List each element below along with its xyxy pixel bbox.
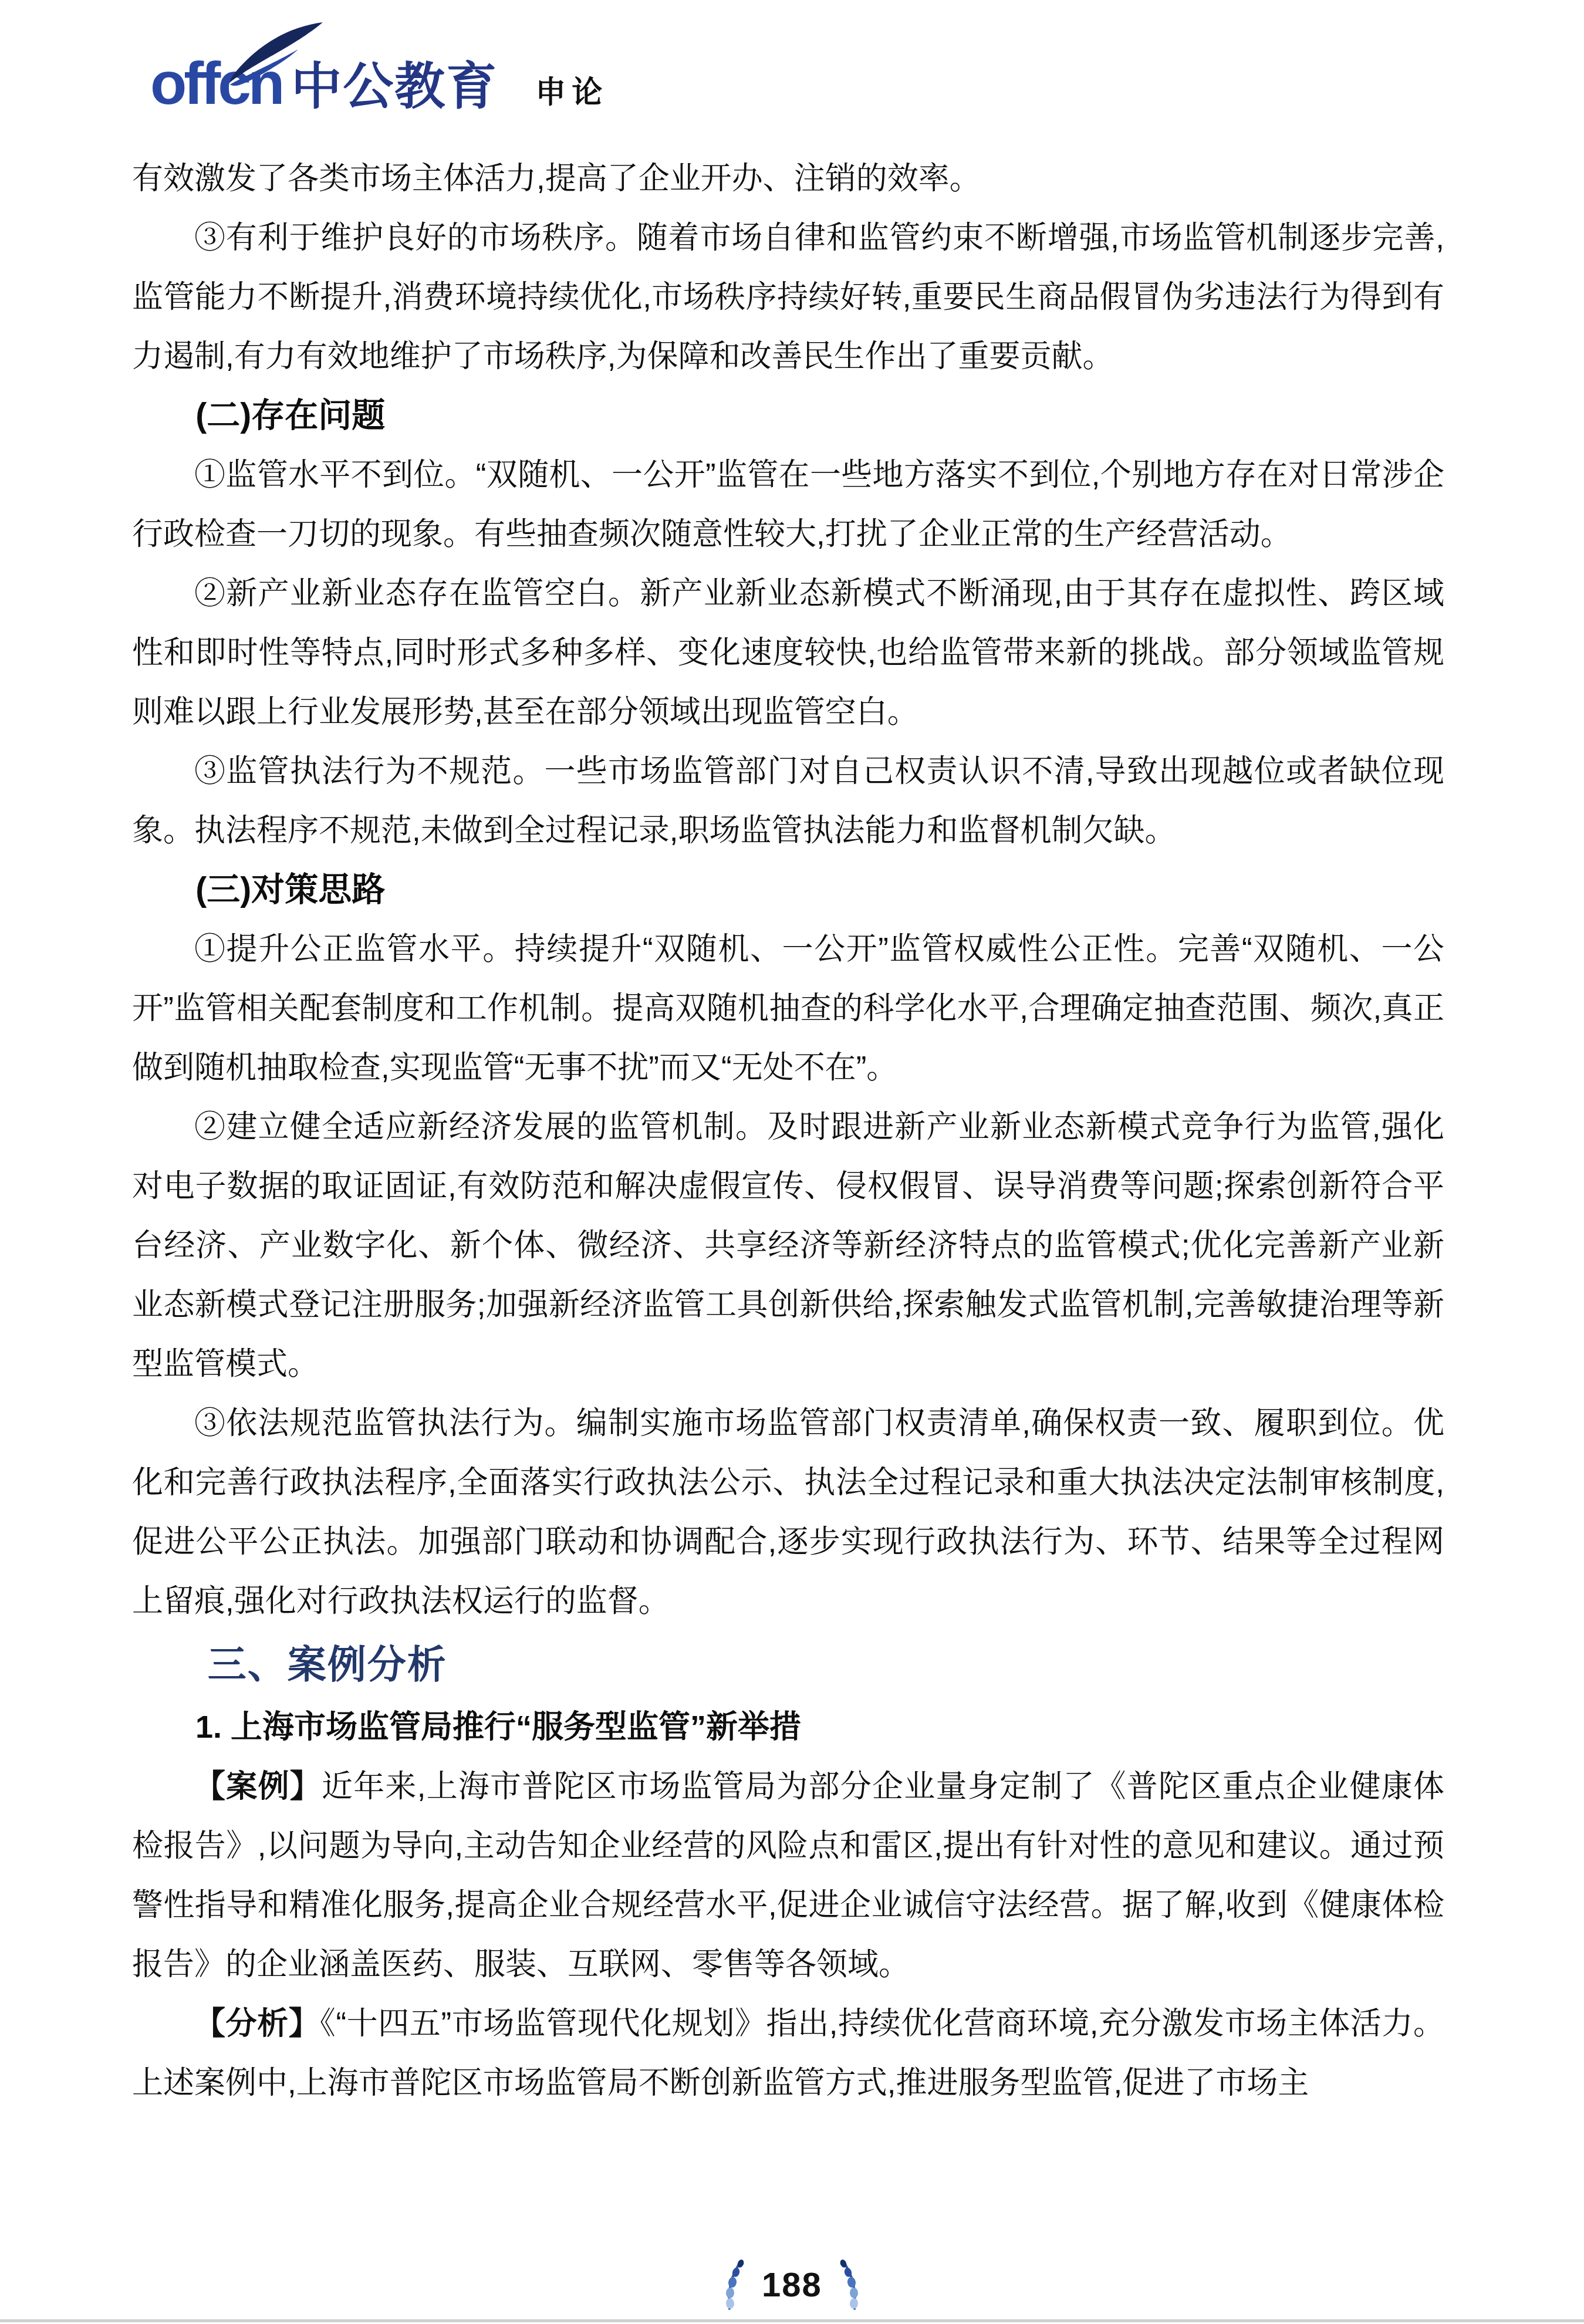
paragraph-analysis: 【分析】《“十四五”市场监管现代化规划》指出,持续优化营商环境,充分激发市场主体… [132,1994,1444,2113]
case-title-shanghai-service-regulation: 1. 上海市场监管局推行“服务型监管”新举措 [132,1698,1444,1757]
scan-artifact-line [0,2319,1584,2322]
document-page: offcn 中公教育 申论 有效激发了各类市场主体活力,提高了企业开办、注销的效… [0,0,1584,2324]
subject-label: 申论 [535,77,608,112]
paragraph-measure-1-fair-supervision: ①提升公正监管水平。持续提升“双随机、一公开”监管权威性公正性。完善“双随机、一… [132,920,1444,1097]
case-label: 【案例】 [194,1769,322,1804]
paragraph-measure-3-lawful-enforcement: ③依法规范监管执法行为。编制实施市场监管部门权责清单,确保权责一致、履职到位。优… [132,1394,1444,1631]
document-body: 有效激发了各类市场主体活力,提高了企业开办、注销的效率。 ③有利于维护良好的市场… [132,149,1444,2113]
paragraph-market-vitality-continued: 有效激发了各类市场主体活力,提高了企业开办、注销的效率。 [132,149,1444,208]
analysis-label: 【分析】 [194,2007,320,2041]
offcn-logo: offcn 中公教育 [150,56,498,112]
case-text: 近年来,上海市普陀区市场监管局为部分企业量身定制了《普陀区重点企业健康体检报告》… [132,1769,1444,1982]
paragraph-problem-2-regulatory-gap: ②新产业新业态存在监管空白。新产业新业态新模式不断涌现,由于其存在虚拟性、跨区域… [132,564,1444,742]
page-number: 188 [762,2265,822,2305]
page-header: offcn 中公教育 申论 [150,56,608,112]
paragraph-measure-2-new-economy: ②建立健全适应新经济发展的监管机制。及时跟进新产业新业态新模式竞争行为监管,强化… [132,1097,1444,1394]
paragraph-market-order-benefit: ③有利于维护良好的市场秩序。随着市场自律和监管约束不断增强,市场监管机制逐步完善… [132,208,1444,386]
section-heading-countermeasures: (三)对策思路 [132,860,1444,920]
offcn-logo-cn: 中公教育 [291,63,498,112]
laurel-left-icon [720,2258,747,2311]
section-heading-existing-problems: (二)存在问题 [132,386,1444,445]
analysis-text: 《“十四五”市场监管现代化规划》指出,持续优化营商环境,充分激发市场主体活力。上… [132,2007,1444,2100]
chapter-heading-case-analysis: 三、案例分析 [132,1631,1444,1698]
paragraph-problem-3-enforcement: ③监管执法行为不规范。一些市场监管部门对自己权责认识不清,导致出现越位或者缺位现… [132,742,1444,860]
offcn-logo-latin: offcn [150,56,282,112]
paragraph-case: 【案例】近年来,上海市普陀区市场监管局为部分企业量身定制了《普陀区重点企业健康体… [132,1757,1444,1994]
paragraph-problem-1-supervision-level: ①监管水平不到位。“双随机、一公开”监管在一些地方落实不到位,个别地方存在对日常… [132,445,1444,564]
page-footer: 188 [0,2258,1584,2311]
laurel-right-icon [837,2258,864,2311]
